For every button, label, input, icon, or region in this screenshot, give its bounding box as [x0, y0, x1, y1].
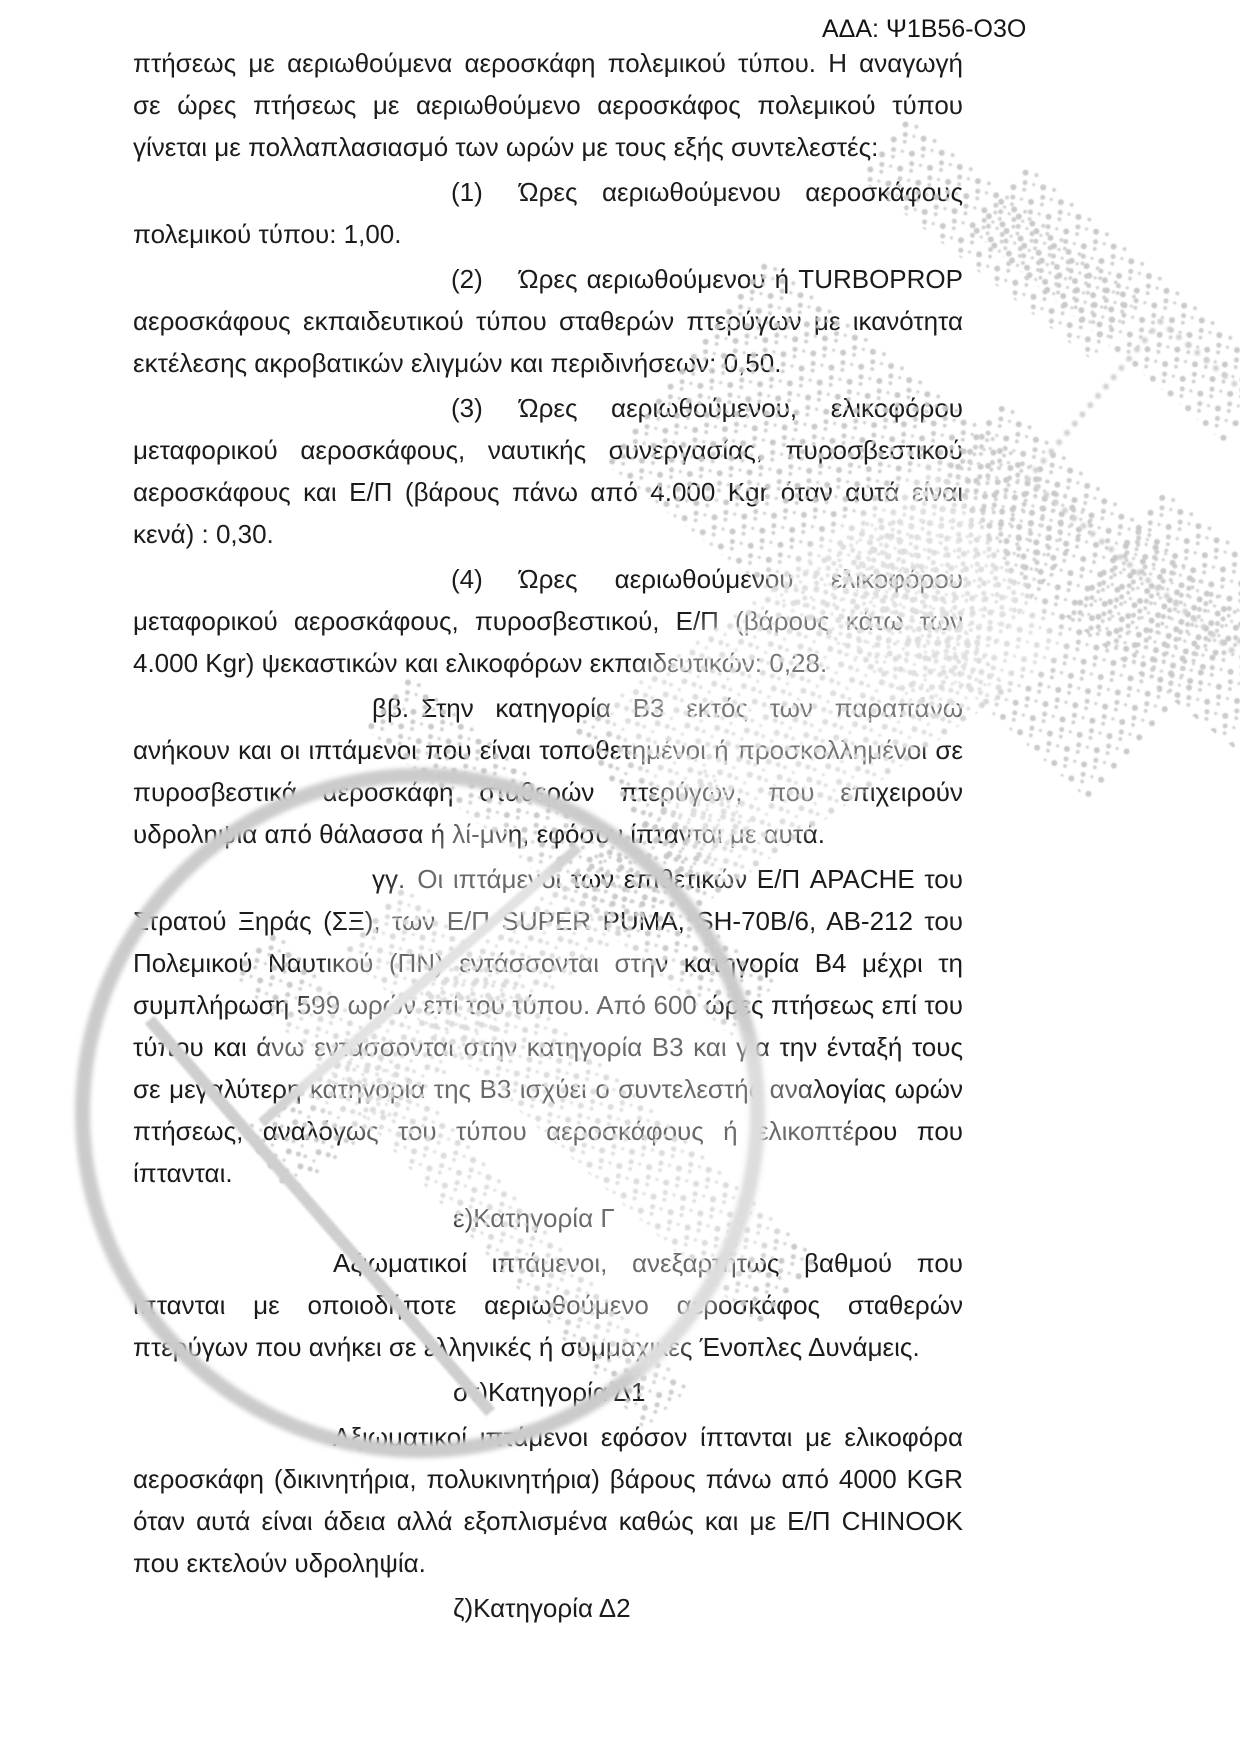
item-text: Στην κατηγορία Β3 εκτός των παραπάνω ανή… [133, 693, 963, 849]
item-label: (2) [451, 258, 519, 300]
item-text: Ώρες αεριωθούμενου αεροσκάφους πολεμικού… [133, 177, 963, 249]
paragraph-continuation: πτήσεως με αεριωθούμενα αεροσκάφη πολεμι… [133, 42, 963, 168]
numbered-item-4: (4)Ώρες αεριωθούμενου ελικοφόρου μεταφορ… [133, 558, 963, 684]
paragraph-category-d1: Αξιωματικοί ιπτάμενοι εφόσον ίπτανται με… [133, 1416, 963, 1584]
numbered-item-1: (1)Ώρες αεριωθούμενου αεροσκάφους πολεμι… [133, 171, 963, 255]
heading-text: Κατηγορία Δ2 [473, 1593, 630, 1623]
item-text: Ώρες αεριωθούμενου ή TURBOPROP αεροσκάφο… [133, 264, 963, 378]
item-label: (4) [451, 558, 519, 600]
heading-text: Κατηγορία Δ1 [488, 1377, 645, 1407]
item-label: ββ. [372, 693, 409, 723]
heading-label: ζ) [293, 1587, 473, 1629]
numbered-item-2: (2)Ώρες αεριωθούμενου ή TURBOPROP αεροσκ… [133, 258, 963, 384]
item-label: (3) [451, 387, 519, 429]
category-heading-z: ζ)Κατηγορία Δ2 [133, 1587, 963, 1629]
watermark-banner-band-icon [971, 164, 1240, 442]
sub-item-gg: γγ.Οι ιπτάμενοι των επιθετικών Ε/Π APACH… [133, 858, 963, 1194]
item-text: Ώρες αεριωθούμενου, ελικοφόρου μεταφορικ… [133, 393, 963, 549]
watermark-diamond-outline-icon [1024, 317, 1240, 654]
ada-code-header: ΑΔΑ: Ψ1Β56-Ο3Ο [822, 14, 1026, 44]
category-heading-e: ε)Κατηγορία Γ [133, 1197, 963, 1239]
paragraph-text: πτήσεως με αεριωθούμενα αεροσκάφη πολεμι… [133, 48, 963, 162]
item-text: Ώρες αεριωθούμενου ελικοφόρου μεταφορικο… [133, 564, 963, 678]
item-label: γγ. [372, 864, 405, 894]
document-page: ΑΔΑ: Ψ1Β56-Ο3Ο πτήσεως με αεριωθούμενα α… [0, 0, 1240, 1754]
document-body: πτήσεως με αεριωθούμενα αεροσκάφη πολεμι… [133, 42, 963, 1632]
sub-item-bb: ββ.Στην κατηγορία Β3 εκτός των παραπάνω … [133, 687, 963, 855]
paragraph-text: Αξιωματικοί ιπτάμενοι, ανεξαρτήτως βαθμο… [133, 1248, 963, 1362]
numbered-item-3: (3)Ώρες αεριωθούμενου, ελικοφόρου μεταφο… [133, 387, 963, 555]
watermark-band-icon [1064, 489, 1240, 751]
paragraph-category-c: Αξιωματικοί ιπτάμενοι, ανεξαρτήτως βαθμο… [133, 1242, 963, 1368]
heading-label: ε) [293, 1197, 473, 1239]
paragraph-text: Αξιωματικοί ιπτάμενοι εφόσον ίπτανται με… [133, 1422, 963, 1578]
item-text: Οι ιπτάμενοι των επιθετικών Ε/Π APACHE τ… [133, 864, 963, 1188]
category-heading-st: στ)Κατηγορία Δ1 [133, 1371, 963, 1413]
heading-label: στ) [293, 1371, 488, 1413]
item-label: (1) [451, 171, 519, 213]
heading-text: Κατηγορία Γ [473, 1203, 614, 1233]
